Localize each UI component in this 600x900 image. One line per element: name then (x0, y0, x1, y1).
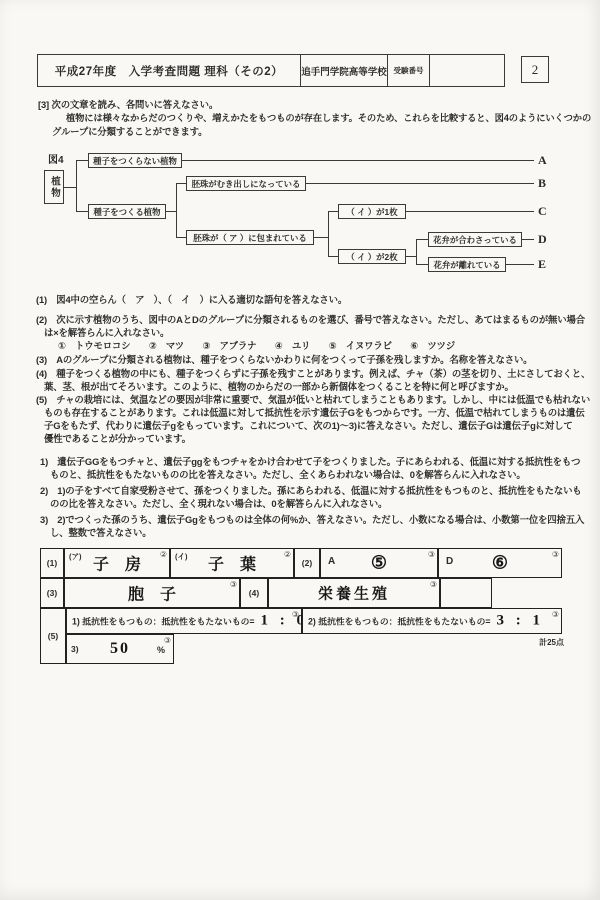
question-4-cont: 葉、茎、根が出てそろいます。このように、植物のからだの一部から新個体をつくること… (44, 379, 514, 393)
exam-title: 平成27年度 入学考査問題 理科（その2） (38, 55, 300, 86)
answer-cell-q4-label: (4) (240, 578, 268, 608)
tree-line (76, 160, 88, 161)
question-5-sub3: 3) 2)でつくった孫のうち、遺伝子Ggをもつものは全体の何%か、答えなさい。た… (40, 512, 584, 526)
tree-node-no-seed: 種子をつくらない植物 (88, 153, 182, 168)
answer-value-spore: 胞 子 (65, 582, 239, 605)
tree-line (176, 237, 186, 238)
answer-value-vegetative: 栄養生殖 (269, 583, 439, 604)
figure-4-tree: 図4 植物 種子をつくらない植物 種子をつくる植物 胚珠がむき出しになっている … (36, 148, 588, 288)
answer-cell-4: 栄養生殖 ③ (268, 578, 440, 608)
tree-leaf-A: A (538, 153, 547, 168)
school-name: 追手門学院高等学校 (300, 55, 387, 86)
tree-line (416, 264, 428, 265)
tree-line (328, 211, 329, 256)
answer-cell-5-2: 2) 抵抗性をもつもの：抵抗性をもたないもの= 3 : 1 ③ (302, 608, 562, 634)
tree-node-enclosed-ovule: 胚珠が（ ア ）に包まれている (186, 230, 314, 245)
tree-line (76, 211, 88, 212)
tree-node-separate-petals: 花弁が離れている (428, 257, 506, 272)
points-badge: ② (284, 550, 291, 559)
question-2: (2) 次に示す植物のうち、図中のAとDのグループに分類されるものを選び、番号で… (36, 312, 585, 326)
question-4: (4) 種子をつくる植物の中にも、種子をつくらずに子孫を残すことがあります。例え… (36, 366, 590, 380)
question-3: (3) Aのグループに分類される植物は、種子をつくらないかわりに何をつくって子孫… (36, 352, 532, 366)
answer-cell-2A: A ⑤ ③ (320, 548, 438, 578)
points-badge: ③ (552, 610, 559, 619)
tree-line (328, 256, 338, 257)
answer-value-ratio-1: 1 : 0 (261, 613, 309, 630)
tree-node-seed: 種子をつくる植物 (88, 204, 166, 219)
scanned-exam-page: 平成27年度 入学考査問題 理科（その2） 追手門学院高等学校 受験番号 2 [… (0, 0, 600, 900)
tree-leaf-B: B (538, 176, 546, 191)
answer-cell-3: 胞 子 ③ (64, 578, 240, 608)
ratio-label-1: 1) 抵抗性をもつもの：抵抗性をもたないもの= (72, 615, 255, 628)
question-5-sub3-cont: し、整数で答えなさい。 (50, 525, 151, 539)
tree-line (64, 187, 76, 188)
answer-value-A: ⑤ (321, 553, 437, 574)
tree-line (328, 211, 338, 212)
answer-value-ovary: 子 房 (65, 552, 169, 575)
question-5-sub1-cont: ものと、抵抗性をもたないものの比を答えなさい。ただし、全くあらわれない場合は、0… (50, 467, 526, 481)
answer-value-D: ⑥ (439, 553, 561, 574)
header-box: 平成27年度 入学考査問題 理科（その2） 追手門学院高等学校 受験番号 (37, 54, 505, 87)
tree-line (166, 211, 176, 212)
points-badge: ② (160, 550, 167, 559)
answer-cell-1b: (イ) 子 葉 ② (170, 548, 294, 578)
answer-cell-empty (440, 578, 492, 608)
answer-cell-5-1: 1) 抵抗性をもつもの：抵抗性をもたないもの= 1 : 0 ③ (66, 608, 302, 634)
tree-leaf-C: C (538, 204, 547, 219)
page-number: 2 (521, 56, 549, 83)
answer-cell-2D: D ⑥ ③ (438, 548, 562, 578)
tree-leaf-E: E (538, 257, 546, 272)
points-badge: ③ (292, 610, 299, 619)
answer-cell-1a: (ア) 子 房 ② (64, 548, 170, 578)
tree-line (416, 239, 428, 240)
question-5: (5) チャの栽培には、気温などの要因が非常に重要で、気温が低いと枯れてしまうこ… (36, 392, 590, 406)
section-heading: [3] 次の文章を読み、各問いに答えなさい。 (38, 97, 218, 111)
answer-cell-q5-label: (5) (40, 608, 66, 664)
question-2-options: ① トウモロコシ ② マツ ③ アブラナ ④ ユリ ⑤ イヌワラビ ⑥ ツツジ (58, 338, 455, 352)
tree-line (406, 256, 416, 257)
points-badge: ③ (430, 580, 437, 589)
question-5-cont: 子Gをもたず、代わりに遺伝子gをもっています。これについて、次の1)～3)に答え… (44, 418, 573, 432)
exam-number-label: 受験番号 (387, 55, 429, 86)
tree-line (76, 160, 77, 212)
figure-label: 図4 (48, 151, 64, 166)
points-badge: ③ (552, 550, 559, 559)
tree-line (314, 237, 328, 238)
exam-number-blank (429, 55, 504, 86)
tree-line (416, 239, 417, 264)
points-badge: ③ (164, 636, 171, 645)
tree-line (406, 211, 534, 212)
answer-value-ratio-2: 3 : 1 (497, 613, 545, 630)
ratio-answer-2: 2) 抵抗性をもつもの：抵抗性をもたないもの= 3 : 1 (308, 613, 544, 630)
question-2-cont: は×を解答らんに入れなさい。 (44, 325, 169, 339)
tree-node-naked-ovule: 胚珠がむき出しになっている (186, 176, 306, 191)
tree-leaf-D: D (538, 232, 547, 247)
answer-value-cotyledon: 子 葉 (171, 552, 293, 575)
tree-line (176, 183, 186, 184)
question-5-sub2-cont: のの比を答えなさい。ただし、全く現れない場合は、0を解答らんに入れなさい。 (50, 496, 387, 510)
tree-node-two-cotyledons: （ イ ）が2枚 (338, 249, 406, 264)
question-5-sub2: 2) 1)の子をすべて自家受粉させて、孫をつくりました。孫にあらわれる、低温に対… (40, 483, 582, 497)
tree-node-one-cotyledon: （ イ ）が1枚 (338, 204, 406, 219)
tree-line (182, 160, 534, 161)
question-5-sub1: 1) 遺伝子GGをもつチャと、遺伝子ggをもつチャをかけ合わせて子をつくりました… (40, 454, 580, 468)
question-5-cont: ものも存在することがあります。これは低温に対して抵抗性を示す遺伝子Gをもつからで… (44, 405, 585, 419)
intro-text-line: 植物には様々なからだのつくりや、増えかたをもつものが存在します。そのため、これら… (66, 110, 591, 124)
points-badge: ③ (230, 580, 237, 589)
tree-line (506, 264, 534, 265)
question-5-cont: 優性であることが分かっています。 (44, 431, 191, 445)
answer-cell-q1-label: (1) (40, 548, 64, 578)
total-points: 計25点 (524, 637, 564, 648)
tree-line (176, 183, 177, 237)
answer-cell-5-3: 3) 50 % ③ (66, 634, 174, 664)
percent-unit: % (157, 645, 165, 655)
answer-cell-q3-label: (3) (40, 578, 64, 608)
tree-node-fused-petals: 花弁が合わさっている (428, 232, 522, 247)
tree-line (306, 183, 534, 184)
ratio-answer-1: 1) 抵抗性をもつもの：抵抗性をもたないもの= 1 : 0 (72, 613, 308, 630)
answer-cell-q2-label: (2) (294, 548, 320, 578)
tree-line (522, 239, 534, 240)
question-1: (1) 図4中の空らん（ ア ）、（ イ ）に入る適切な語句を答えなさい。 (36, 292, 347, 306)
tree-root-node: 植物 (44, 170, 64, 204)
ratio-label-2: 2) 抵抗性をもつもの：抵抗性をもたないもの= (308, 615, 491, 628)
intro-text-line: グループに分類することができます。 (52, 124, 207, 138)
points-badge: ③ (428, 550, 435, 559)
